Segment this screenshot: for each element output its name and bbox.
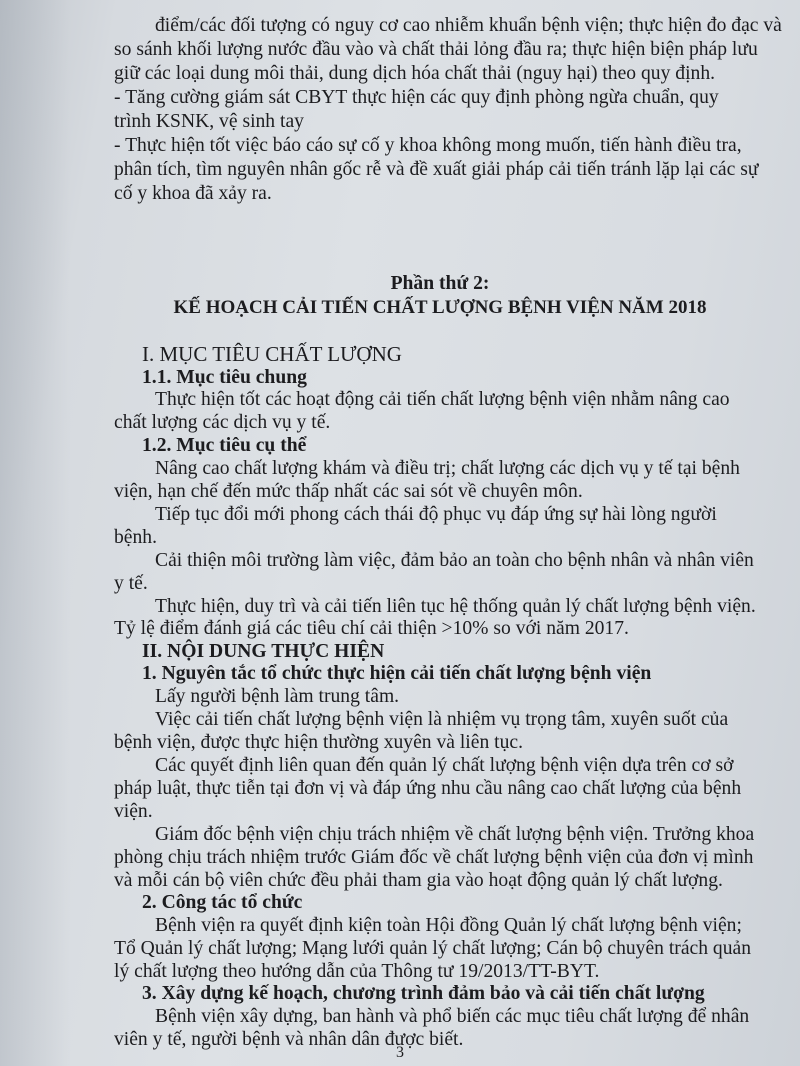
- paragraph-line: Các quyết định liên quan đến quản lý chấ…: [155, 754, 734, 778]
- paragraph-line: Tỷ lệ điểm đánh giá các tiêu chí cải thi…: [114, 617, 629, 641]
- paragraph-line: Tiếp tục đổi mới phong cách thái độ phục…: [155, 503, 717, 527]
- paragraph-line: bệnh viện, được thực hiện thường xuyên v…: [114, 731, 523, 755]
- page-shadow: [0, 0, 70, 1066]
- intro-line: giữ các loại dung môi thải, dung dịch hó…: [114, 62, 715, 86]
- subsection-heading: 1. Nguyên tắc tổ chức thực hiện cải tiến…: [142, 662, 651, 686]
- subsection-heading: 3. Xây dựng kế hoạch, chương trình đảm b…: [142, 982, 705, 1006]
- paragraph-line: y tế.: [114, 572, 148, 596]
- section-heading: I. MỤC TIÊU CHẤT LƯỢNG: [142, 342, 402, 366]
- paragraph-line: Thực hiện, duy trì và cải tiến liên tục …: [155, 595, 756, 619]
- paragraph-line: pháp luật, thực tiễn tại đơn vị và đáp ứ…: [114, 777, 741, 801]
- paragraph-line: viện, hạn chế đến mức thấp nhất các sai …: [114, 480, 583, 504]
- paragraph-line: Tổ Quản lý chất lượng; Mạng lưới quản lý…: [114, 937, 751, 961]
- section-heading: II. NỘI DUNG THỰC HIỆN: [142, 640, 384, 664]
- document-page: điểm/các đối tượng có nguy cơ cao nhiễm …: [0, 0, 800, 1066]
- intro-line: trình KSNK, vệ sinh tay: [114, 110, 304, 134]
- paragraph-line: viện.: [114, 800, 153, 824]
- paragraph-line: Nâng cao chất lượng khám và điều trị; ch…: [155, 457, 740, 481]
- paragraph-line: bệnh.: [114, 526, 157, 550]
- intro-line: - Thực hiện tốt việc báo cáo sự cố y kho…: [114, 134, 742, 158]
- paragraph-line: và mỗi cán bộ viên chức đều phải tham gi…: [114, 869, 723, 893]
- intro-line: cố y khoa đã xảy ra.: [114, 182, 272, 206]
- intro-line: - Tăng cường giám sát CBYT thực hiện các…: [114, 86, 719, 110]
- paragraph-line: lý chất lượng theo hướng dẫn của Thông t…: [114, 960, 599, 984]
- paragraph-line: chất lượng các dịch vụ y tế.: [114, 411, 330, 435]
- intro-line: so sánh khối lượng nước đầu vào và chất …: [114, 38, 758, 62]
- part-subtitle: KẾ HOẠCH CẢI TIẾN CHẤT LƯỢNG BỆNH VIỆN N…: [40, 296, 800, 320]
- subsection-heading: 2. Công tác tổ chức: [142, 891, 302, 915]
- paragraph-line: Giám đốc bệnh viện chịu trách nhiệm về c…: [155, 823, 754, 847]
- paragraph-line: Lấy người bệnh làm trung tâm.: [155, 685, 399, 709]
- intro-line: phân tích, tìm nguyên nhân gốc rễ và đề …: [114, 158, 758, 182]
- subsection-heading: 1.1. Mục tiêu chung: [142, 366, 307, 390]
- paragraph-line: Việc cải tiến chất lượng bệnh viện là nh…: [155, 708, 728, 732]
- paragraph-line: Cải thiện môi trường làm việc, đảm bảo a…: [155, 549, 754, 573]
- paragraph-line: Bệnh viện ra quyết định kiện toàn Hội đồ…: [155, 914, 742, 938]
- paragraph-line: Thực hiện tốt các hoạt động cải tiến chấ…: [155, 388, 730, 412]
- intro-line: điểm/các đối tượng có nguy cơ cao nhiễm …: [155, 14, 782, 38]
- page-number: 3: [0, 1044, 800, 1062]
- paragraph-line: phòng chịu trách nhiệm trước Giám đốc về…: [114, 846, 753, 870]
- paragraph-line: Bệnh viện xây dựng, ban hành và phổ biến…: [155, 1005, 749, 1029]
- part-title: Phần thứ 2:: [40, 272, 800, 296]
- subsection-heading: 1.2. Mục tiêu cụ thể: [142, 434, 306, 458]
